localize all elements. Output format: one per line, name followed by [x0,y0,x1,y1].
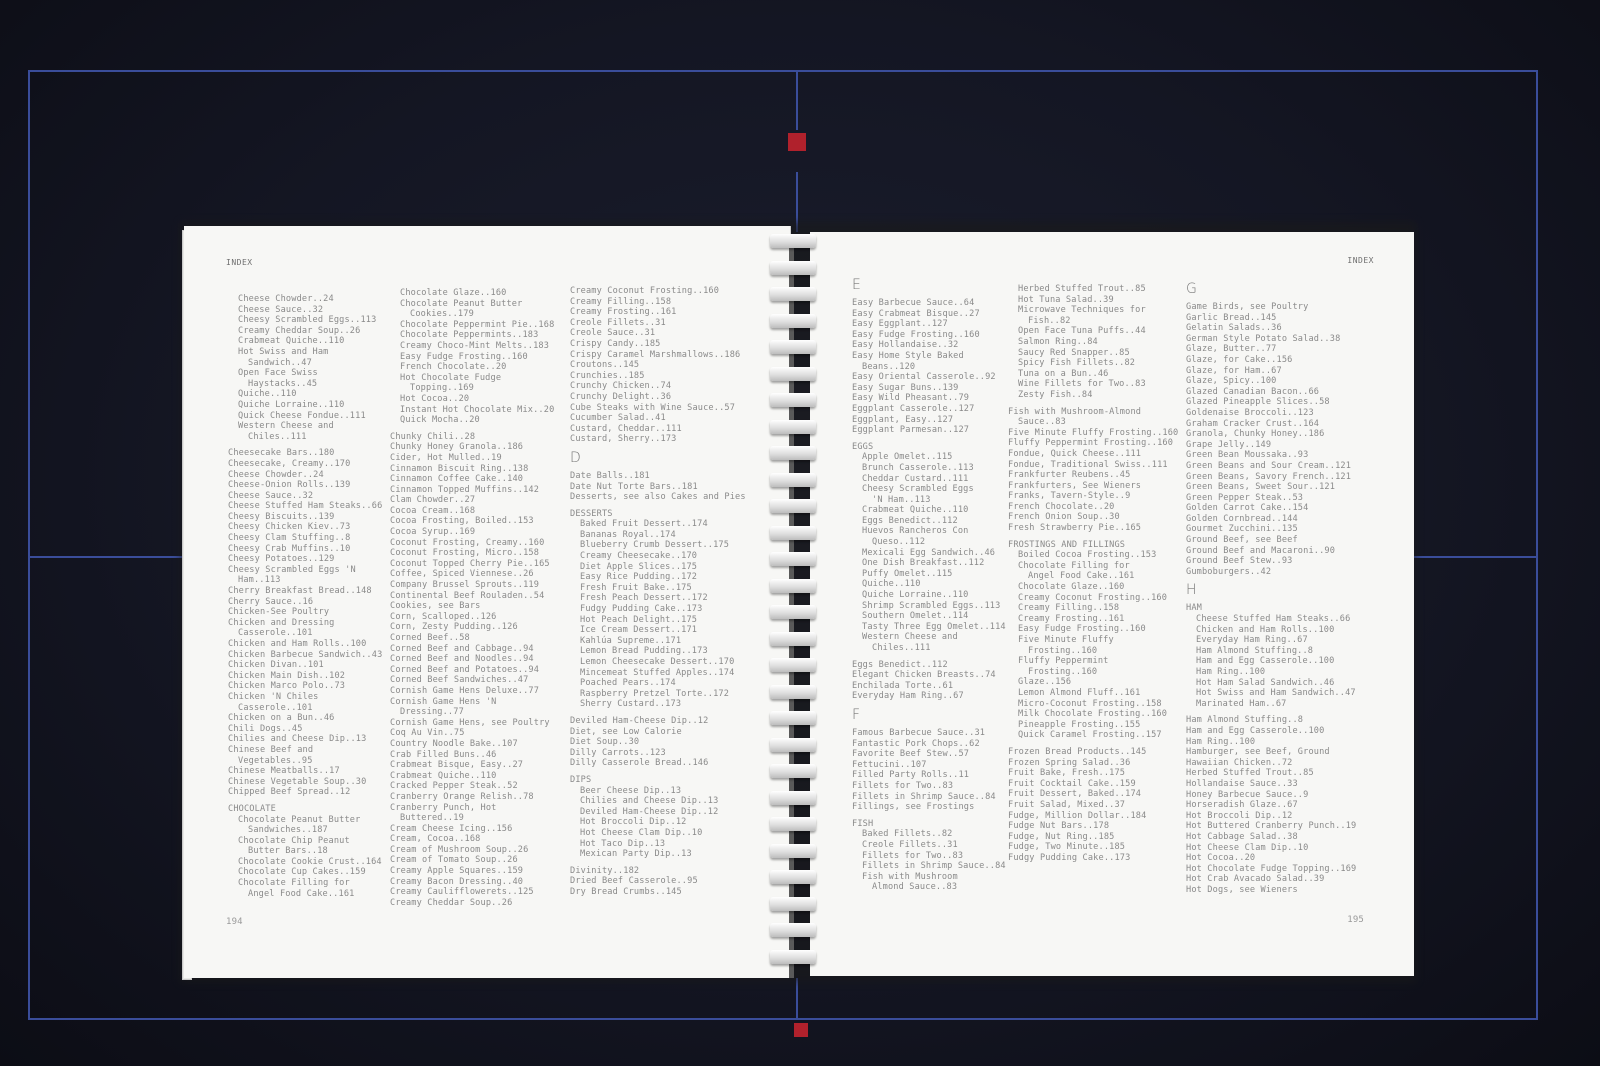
index-entry: Fondue, Quick Cheese..111 [1008,449,1178,460]
crop-frame-right[interactable] [1536,70,1538,1020]
index-entry-continuation: Queso..112 [852,537,1006,548]
index-entry: Chili Dogs..45 [228,724,382,735]
index-entry: Cinnamon Coffee Cake..140 [390,474,554,485]
index-entry: Famous Barbecue Sauce..31 [852,728,1006,739]
index-entry: Quick Cheese Fondue..111 [228,411,382,422]
index-entry: Hot Peach Delight..175 [570,615,746,626]
index-entry: Hot Cocoa..20 [390,394,554,405]
index-entry: Chocolate Peanut Butter [228,815,382,826]
binding-coil-icon [770,420,816,434]
index-entry: Glaze, for Ham..67 [1186,366,1356,377]
crop-frame-top[interactable] [28,70,1538,72]
index-entry: Creamy Cheddar Soup..26 [228,326,382,337]
index-entry: Quiche..110 [852,579,1006,590]
index-entry: Crabmeat Quiche..110 [390,771,554,782]
index-entry: Easy Fudge Frosting..160 [1008,624,1178,635]
index-entry: Fondue, Traditional Swiss..111 [1008,460,1178,471]
index-entry: Crunchy Chicken..74 [570,381,746,392]
index-entry: Mexicali Egg Sandwich..46 [852,548,1006,559]
index-entry: Eggplant, Easy..127 [852,415,1006,426]
index-entry: Ground Beef Stew..93 [1186,556,1356,567]
index-entry: Eggs Benedict..112 [852,660,1006,671]
index-entry: Glaze, Spicy..100 [1186,376,1356,387]
index-entry: Custard, Sherry..173 [570,434,746,445]
index-entry: Blueberry Crumb Dessert..175 [570,540,746,551]
index-entry: Open Face Tuna Puffs..44 [1008,326,1178,337]
binding-coil-icon [770,950,816,964]
index-entry: Cheesecake Bars..180 [228,448,382,459]
index-entry: Game Birds, see Poultry [1186,302,1356,313]
binding-coil-icon [770,287,816,301]
index-entry: Chocolate Peppermint Pie..168 [390,320,554,331]
index-entry: Grape Jelly..149 [1186,440,1356,451]
index-entry: Green Beans, Sweet Sour..121 [1186,482,1356,493]
index-entry: Cranberry Orange Relish..78 [390,792,554,803]
index-entry: Creamy Cheesecake..170 [570,551,746,562]
index-entry: Chicken and Dressing [228,618,382,629]
index-entry: Franks, Tavern-Style..9 [1008,491,1178,502]
index-entry: Fillets in Shrimp Sauce..84 [852,792,1006,803]
index-entry: Easy Rice Pudding..172 [570,572,746,583]
index-entry: Corn, Scalloped..126 [390,612,554,623]
index-entry: Chocolate Peanut Butter [390,299,554,310]
index-entry: Divinity..182 [570,866,746,877]
index-entry: Eggplant Parmesan..127 [852,425,1006,436]
index-entry: Green Bean Moussaka..93 [1186,450,1356,461]
index-entry: Lemon Bread Pudding..173 [570,646,746,657]
index-entry: Cheese Stuffed Ham Steaks..66 [1186,614,1356,625]
index-entry: Easy Oriental Casserole..92 [852,372,1006,383]
index-entry: Creole Fillets..31 [570,318,746,329]
index-entry: Hamburger, see Beef, Ground [1186,747,1356,758]
index-entry-continuation: 'N Ham..113 [852,495,1006,506]
index-entry: Fruit Salad, Mixed..37 [1008,800,1178,811]
index-entry: Cornish Game Hens 'N [390,697,554,708]
binding-coil-icon [770,711,816,725]
index-category-heading: EGGS [852,442,1006,453]
index-entry: Frozen Bread Products..145 [1008,747,1178,758]
index-entry: Chunky Honey Granola..186 [390,442,554,453]
index-entry: Open Face Swiss [228,368,382,379]
index-entry: Micro-Coconut Frosting..158 [1008,699,1178,710]
index-entry: Cheese Sauce..32 [228,491,382,502]
right-col-3: GGame Birds, see PoultryGarlic Bread..14… [1186,276,1356,895]
index-entry: Chocolate Peppermints..183 [390,330,554,341]
index-entry: Fillets for Two..83 [852,781,1006,792]
left-col-2: Chocolate Glaze..160Chocolate Peanut But… [390,288,554,908]
index-entry: Elegant Chicken Breasts..74 [852,670,1006,681]
index-entry: Salmon Ring..84 [1008,337,1178,348]
index-entry: Dilly Carrots..123 [570,748,746,759]
index-entry: Quick Caramel Frosting..157 [1008,730,1178,741]
index-entry: Crispy Candy..185 [570,339,746,350]
index-entry: Chocolate Glaze..160 [1008,582,1178,593]
index-entry: Cream Cheese Icing..156 [390,824,554,835]
index-entry: Ground Beef and Macaroni..90 [1186,546,1356,557]
index-entry: Ham Ring..100 [1186,737,1356,748]
index-entry: Chipped Beef Spread..12 [228,787,382,798]
index-entry: Easy Wild Pheasant..79 [852,393,1006,404]
index-entry: Cider, Hot Mulled..19 [390,453,554,464]
index-entry: Marinated Ham..67 [1186,699,1356,710]
index-entry: Cheesy Scrambled Eggs [852,484,1006,495]
index-category-heading: HAM [1186,603,1356,614]
index-entry: Hot Ham Salad Sandwich..46 [1186,678,1356,689]
index-entry: Cinnamon Topped Muffins..142 [390,485,554,496]
index-entry: Quiche..110 [228,389,382,400]
index-entry: Ice Cream Dessert..171 [570,625,746,636]
index-entry: Shrimp Scrambled Eggs..113 [852,601,1006,612]
index-entry: Brunch Casserole..113 [852,463,1006,474]
index-entry: Hot Cabbage Salad..38 [1186,832,1356,843]
index-entry: Ham Almond Stuffing..8 [1186,715,1356,726]
index-entry: Milk Chocolate Frosting..160 [1008,709,1178,720]
index-category-heading: DIPS [570,775,746,786]
index-entry: Crabmeat Bisque, Easy..27 [390,760,554,771]
right-col-1: EEasy Barbecue Sauce..64Easy Crabmeat Bi… [852,272,1006,893]
index-entry: Granola, Chunky Honey..186 [1186,429,1356,440]
binding-coil-icon [770,261,816,275]
binding-coil-icon [770,526,816,540]
index-entry: Coconut Frosting, Creamy..160 [390,538,554,549]
index-entry: Croutons..145 [570,360,746,371]
index-entry: Cheesy Clam Stuffing..8 [228,533,382,544]
page-number-left: 194 [226,917,243,928]
index-entry: Wine Fillets for Two..83 [1008,379,1178,390]
index-entry: Country Noodle Bake..107 [390,739,554,750]
index-entry: Cornish Game Hens Deluxe..77 [390,686,554,697]
index-entry: Fudge, Nut Ring..185 [1008,832,1178,843]
binding-coil-icon [770,923,816,937]
index-entry-continuation: Sandwich..47 [228,358,382,369]
index-entry: Huevos Rancheros Con [852,526,1006,537]
index-entry: Hot Broccoli Dip..12 [1186,811,1356,822]
index-entry: Fudgy Pudding Cake..173 [570,604,746,615]
index-entry-continuation: Casserole..101 [228,703,382,714]
index-entry-continuation: Topping..169 [390,383,554,394]
index-entry: Glaze, for Cake..156 [1186,355,1356,366]
index-entry: Hot Cheese Clam Dip..10 [570,828,746,839]
index-entry: Coconut Topped Cherry Pie..165 [390,559,554,570]
bottom-center-marker[interactable] [794,1023,808,1037]
section-letter: H [1186,581,1356,599]
index-entry: Cheesy Biscuits..139 [228,512,382,523]
crop-frame-bottom[interactable] [28,1018,1538,1020]
index-entry: Chinese Beef and [228,745,382,756]
index-entry: Boiled Cocoa Frosting..153 [1008,550,1178,561]
index-entry: Pineapple Frosting..155 [1008,720,1178,731]
index-entry: Creamy Bacon Dressing..40 [390,877,554,888]
index-entry: Gourmet Zucchini..135 [1186,524,1356,535]
binding-coil-icon [770,791,816,805]
index-entry: Easy Home Style Baked [852,351,1006,362]
index-entry: Corn, Zesty Pudding..126 [390,622,554,633]
section-letter: E [852,276,1006,294]
index-entry: Bananas Royal..174 [570,530,746,541]
index-entry: Ham and Egg Casserole..100 [1186,656,1356,667]
index-entry: Herbed Stuffed Trout..85 [1008,284,1178,295]
index-entry: French Chocolate..20 [1008,502,1178,513]
index-entry: Custard, Cheddar..111 [570,424,746,435]
binding-coil-icon [770,234,816,248]
index-entry: Instant Hot Chocolate Mix..20 [390,405,554,416]
index-entry: Lemon Almond Fluff..161 [1008,688,1178,699]
index-entry: Chocolate Cup Cakes..159 [228,867,382,878]
right-page: INDEX EEasy Barbecue Sauce..64Easy Crabm… [810,232,1414,976]
right-col-2: Herbed Stuffed Trout..85Hot Tuna Salad..… [1008,284,1178,863]
index-entry-continuation: Fish..82 [1008,316,1178,327]
center-guide-horizontal-left [28,556,184,558]
index-entry: Cracked Pepper Steak..52 [390,781,554,792]
index-entry: Chunky Chili..28 [390,432,554,443]
index-entry: Eggs Benedict..112 [852,516,1006,527]
index-entry: Cream, Cocoa..168 [390,834,554,845]
index-category-heading: FROSTINGS AND FILLINGS [1008,540,1178,551]
index-entry: Chicken and Ham Rolls..100 [1186,625,1356,636]
index-entry: Hot Crab Avacado Salad..39 [1186,874,1356,885]
index-entry: Fresh Fruit Bake..175 [570,583,746,594]
index-entry: Ham Ring..100 [1186,667,1356,678]
index-entry: Five Minute Fluffy Frosting..160 [1008,428,1178,439]
index-entry: Cheesy Scrambled Eggs..113 [228,315,382,326]
index-entry-continuation: Chiles..111 [852,643,1006,654]
index-entry: Corned Beef and Potatoes..94 [390,665,554,676]
index-entry: Quick Mocha..20 [390,415,554,426]
left-page: INDEX Cheese Chowder..24Cheese Sauce..32… [184,226,791,978]
binding-coil-icon [770,367,816,381]
index-entry: Golden Cornbread..144 [1186,514,1356,525]
left-col-3: Creamy Coconut Frosting..160Creamy Filli… [570,286,746,897]
index-entry: Hot Dogs, see Wieners [1186,885,1356,896]
index-entry: Cube Steaks with Wine Sauce..57 [570,403,746,414]
index-entry: Cream of Tomato Soup..26 [390,855,554,866]
index-entry: Five Minute Fluffy [1008,635,1178,646]
index-entry-continuation: Vegetables..95 [228,756,382,767]
index-entry: Crunchy Delight..36 [570,392,746,403]
index-entry: Cheesy Potatoes..129 [228,554,382,565]
index-entry: Chicken Divan..101 [228,660,382,671]
index-entry: Goldenaise Broccoli..123 [1186,408,1356,419]
binding-coil-icon [770,817,816,831]
index-entry: Everyday Ham Ring..67 [852,691,1006,702]
index-entry: Chocolate Chip Peanut [228,836,382,847]
index-entry: Crunchies..185 [570,371,746,382]
index-entry: Creole Fillets..31 [852,840,1006,851]
index-entry: Gumboburgers..42 [1186,567,1356,578]
index-entry: Clam Chowder..27 [390,495,554,506]
center-guide-horizontal-right [1414,556,1538,558]
index-entry: German Style Potato Salad..38 [1186,334,1356,345]
page-number-right: 195 [1347,915,1364,926]
binding-coil-icon [770,579,816,593]
index-entry: Hot Chocolate Fudge [390,373,554,384]
index-entry: Hot Buttered Cranberry Punch..19 [1186,821,1356,832]
index-entry-continuation: Angel Food Cake..161 [1008,571,1178,582]
index-entry: Chocolate Cookie Crust..164 [228,857,382,868]
index-entry: Honey Barbecue Sauce..9 [1186,790,1356,801]
index-entry: Chocolate Glaze..160 [390,288,554,299]
index-entry: Cheese Chowder..24 [228,470,382,481]
index-entry: Western Cheese and [228,421,382,432]
index-entry: Easy Fudge Frosting..160 [390,352,554,363]
index-entry: Corned Beef and Cabbage..94 [390,644,554,655]
section-letter: F [852,706,1006,724]
index-entry: French Chocolate..20 [390,362,554,373]
index-entry: Dry Bread Crumbs..145 [570,887,746,898]
running-head-right: INDEX [1347,256,1374,267]
index-entry: Crabmeat Quiche..110 [228,336,382,347]
index-entry: Baked Fruit Dessert..174 [570,519,746,530]
index-entry: Creamy Cheddar Soup..26 [390,898,554,909]
index-entry: Cucumber Salad..41 [570,413,746,424]
index-entry-continuation: Sandwiches..187 [228,825,382,836]
index-entry: Sherry Custard..173 [570,699,746,710]
index-entry: Easy Barbecue Sauce..64 [852,298,1006,309]
index-entry: Creamy Apple Squares..159 [390,866,554,877]
index-entry: Everyday Ham Ring..67 [1186,635,1356,646]
index-entry: Crabmeat Quiche..110 [852,505,1006,516]
index-entry: Chicken Marco Polo..73 [228,681,382,692]
index-entry: Company Brussel Sprouts..119 [390,580,554,591]
index-entry: Creamy Coconut Frosting..160 [1008,593,1178,604]
index-entry: Diet, see Low Calorie [570,727,746,738]
index-entry: Cornish Game Hens, see Poultry [390,718,554,729]
binding-coil-icon [770,685,816,699]
binding-coil-icon [770,446,816,460]
index-entry: Microwave Techniques for [1008,305,1178,316]
binding-coil-icon [770,658,816,672]
index-entry-continuation: Sauce..83 [1008,417,1178,428]
index-entry-continuation: Haystacks..45 [228,379,382,390]
index-entry: Creamy Caulifflowerets..125 [390,887,554,898]
index-entry: Enchilada Torte..61 [852,681,1006,692]
index-category-heading: FISH [852,819,1006,830]
section-letter: D [570,449,746,467]
index-entry: Chocolate Filling for [228,878,382,889]
index-category-heading: DESSERTS [570,509,746,520]
index-entry: Fruit Bake, Fresh..175 [1008,768,1178,779]
index-entry: Green Beans, Savory French..121 [1186,472,1356,483]
index-entry: Mexican Party Dip..13 [570,849,746,860]
index-entry: Fluffy Peppermint Frosting..160 [1008,438,1178,449]
index-entry: Fish with Mushroom [852,872,1006,883]
index-entry: Creamy Frosting..161 [1008,614,1178,625]
index-entry: Diet Soup..30 [570,737,746,748]
index-entry: Corned Beef Sandwiches..47 [390,675,554,686]
index-entry: Horseradish Glaze..67 [1186,800,1356,811]
index-entry: Easy Sugar Buns..139 [852,383,1006,394]
index-entry: Chilies and Cheese Dip..13 [570,796,746,807]
index-entry: Chocolate Filling for [1008,561,1178,572]
index-entry: Apple Omelet..115 [852,452,1006,463]
index-entry: Coq Au Vin..75 [390,728,554,739]
binding-coil-icon [770,764,816,778]
index-entry: Chicken 'N Chiles [228,692,382,703]
index-entry: Fruit Cocktail Cake..159 [1008,779,1178,790]
index-entry: French Onion Soup..30 [1008,512,1178,523]
index-entry: Fantastic Pork Chops..62 [852,739,1006,750]
index-entry: Glazed Canadian Bacon..66 [1186,387,1356,398]
index-entry: Chicken-See Poultry [228,607,382,618]
index-entry-continuation: Dressing..77 [390,707,554,718]
index-entry: One Dish Breakfast..112 [852,558,1006,569]
index-entry: Raspberry Pretzel Torte..172 [570,689,746,700]
index-entry: Tuna on a Bun..46 [1008,369,1178,380]
index-entry: Desserts, see also Cakes and Pies [570,492,746,503]
index-entry: Fresh Peach Dessert..172 [570,593,746,604]
binding-coil-icon [770,632,816,646]
index-entry: Hot Tuna Salad..39 [1008,295,1178,306]
index-entry: Cocoa Syrup..169 [390,527,554,538]
index-entry: Ground Beef, see Beef [1186,535,1356,546]
index-entry: Filled Party Rolls..11 [852,770,1006,781]
index-entry: Glazed Pineapple Slices..58 [1186,397,1356,408]
index-entry: Chilies and Cheese Dip..13 [228,734,382,745]
index-entry: Easy Eggplant..127 [852,319,1006,330]
index-entry: Cheese Chowder..24 [228,294,382,305]
index-entry: Hot Cheese Clam Dip..10 [1186,843,1356,854]
index-entry: Cocoa Frosting, Boiled..153 [390,516,554,527]
index-entry: Creamy Choco-Mint Melts..183 [390,341,554,352]
index-entry: Chicken on a Bun..46 [228,713,382,724]
index-entry: Hot Taco Dip..13 [570,839,746,850]
index-entry: Chicken Main Dish..102 [228,671,382,682]
index-entry: Cherry Breakfast Bread..148 [228,586,382,597]
index-entry: Corned Beef and Noodles..94 [390,654,554,665]
index-entry: Easy Hollandaise..32 [852,340,1006,351]
center-guide-vertical-bottom [796,978,798,1018]
index-entry: Diet Apple Slices..175 [570,562,746,573]
index-entry: Puffy Omelet..115 [852,569,1006,580]
index-entry: Glaze..156 [1008,677,1178,688]
index-entry: Cranberry Punch, Hot [390,803,554,814]
index-entry: Corned Beef..58 [390,633,554,644]
index-entry: Hot Chocolate Fudge Topping..169 [1186,864,1356,875]
binding-coil-icon [770,897,816,911]
index-entry-continuation: Casserole..101 [228,628,382,639]
index-entry: Cheesecake, Creamy..170 [228,459,382,470]
index-entry: Chinese Meatballs..17 [228,766,382,777]
index-entry: Cheese-Onion Rolls..139 [228,480,382,491]
index-entry: Fudge, Two Minute..185 [1008,842,1178,853]
index-entry: Ham Almond Stuffing..8 [1186,646,1356,657]
index-entry: Cookies, see Bars [390,601,554,612]
index-entry: Easy Crabmeat Bisque..27 [852,309,1006,320]
index-entry-continuation: Frosting..160 [1008,667,1178,678]
index-entry: Fudge, Million Dollar..184 [1008,811,1178,822]
index-entry: Frankfurter Reubens..45 [1008,470,1178,481]
index-entry: Continental Beef Rouladen..54 [390,591,554,602]
index-entry: Dried Beef Casserole..95 [570,876,746,887]
binding-coil-icon [770,844,816,858]
crop-frame-left[interactable] [28,70,30,1020]
index-entry: Creamy Filling..158 [570,297,746,308]
top-center-marker[interactable] [788,133,806,151]
running-head-left: INDEX [226,258,253,269]
index-entry: Frankfurters, See Wieners [1008,481,1178,492]
binding-coil-icon [770,605,816,619]
index-entry: Saucy Red Snapper..85 [1008,348,1178,359]
index-entry: Fish with Mushroom-Almond [1008,407,1178,418]
section-letter: G [1186,280,1356,298]
center-guide-vertical-top [796,70,798,130]
index-entry: Herbed Stuffed Trout..85 [1186,768,1356,779]
index-entry: Hot Swiss and Ham Sandwich..47 [1186,688,1356,699]
binding-coil-icon [770,340,816,354]
index-entry: Baked Fillets..82 [852,829,1006,840]
index-entry: Chinese Vegetable Soup..30 [228,777,382,788]
index-entry: Fruit Dessert, Baked..174 [1008,789,1178,800]
